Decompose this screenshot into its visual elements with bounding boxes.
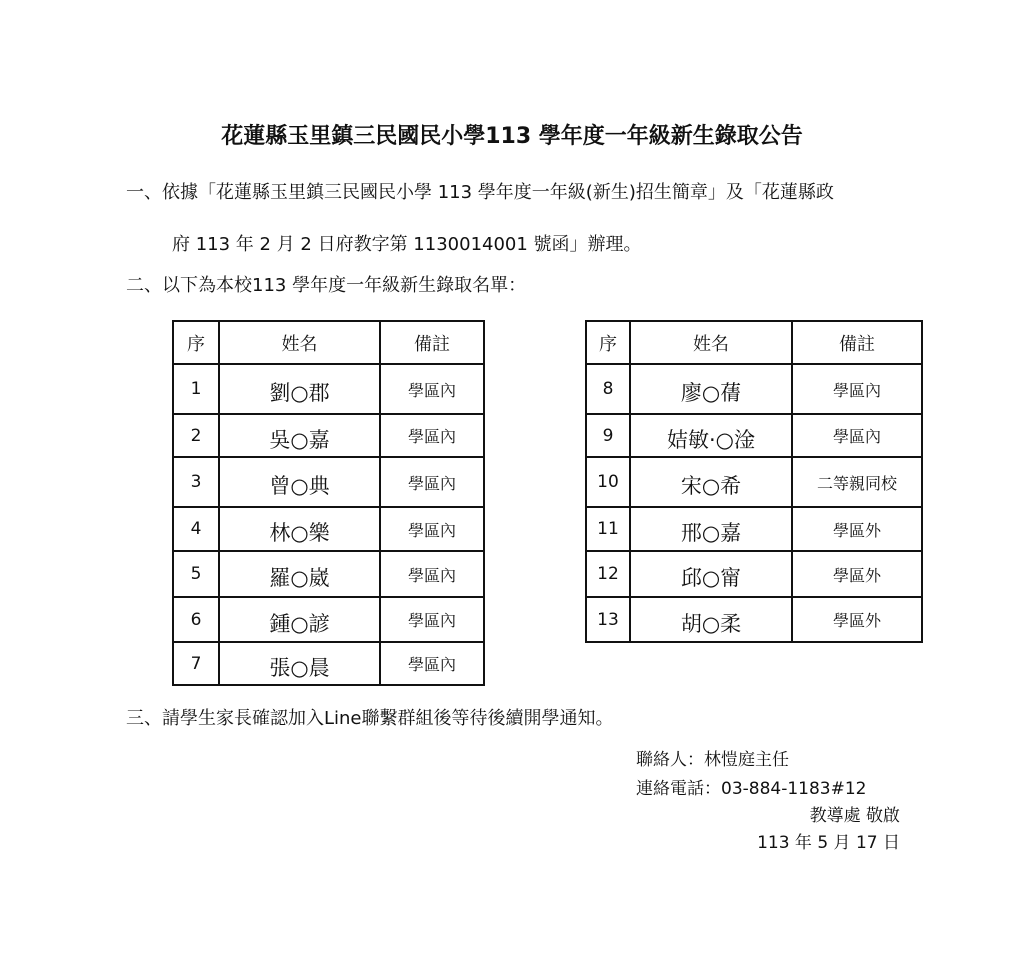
- cell-name: 廖○蒨: [630, 364, 792, 414]
- cell-name: 張○晨: [219, 642, 380, 685]
- cell-note: 學區內: [380, 642, 484, 685]
- cell-no: 2: [173, 414, 219, 457]
- header-no: 序: [586, 321, 630, 364]
- cell-note: 學區內: [380, 414, 484, 457]
- cell-no: 7: [173, 642, 219, 685]
- header-no: 序: [173, 321, 219, 364]
- header-note: 備註: [380, 321, 484, 364]
- announcement-page: 花蓮縣玉里鎮三民國民小學113 學年度一年級新生錄取公告 一、依據「花蓮縣玉里鎮…: [0, 0, 1024, 967]
- table-row: 6 鍾○諺 學區內: [173, 597, 484, 642]
- cell-name: 邢○嘉: [630, 507, 792, 551]
- cell-no: 11: [586, 507, 630, 551]
- cell-note: 學區內: [380, 507, 484, 551]
- cell-name: 鍾○諺: [219, 597, 380, 642]
- issue-date: 113 年 5 月 17 日: [757, 831, 900, 855]
- cell-note: 學區外: [792, 551, 922, 597]
- table-row: 4 林○樂 學區內: [173, 507, 484, 551]
- admission-table-left: 序 姓名 備註 1 劉○郡 學區內 2 吳○嘉 學區內 3 曾○典 學區內: [172, 320, 485, 686]
- cell-name: 羅○崴: [219, 551, 380, 597]
- table-row: 3 曾○典 學區內: [173, 457, 484, 507]
- table-row: 11 邢○嘉 學區外: [586, 507, 922, 551]
- cell-note: 學區內: [380, 597, 484, 642]
- table-row: 9 姞敏·○淦 學區內: [586, 414, 922, 457]
- cell-name: 曾○典: [219, 457, 380, 507]
- table-header-row: 序 姓名 備註: [173, 321, 484, 364]
- cell-note: 二等親同校: [792, 457, 922, 507]
- table-row: 1 劉○郡 學區內: [173, 364, 484, 414]
- paragraph-1-line-1: 一、依據「花蓮縣玉里鎮三民國民小學 113 學年度一年級(新生)招生簡章」及「花…: [126, 180, 834, 206]
- table-row: 13 胡○柔 學區外: [586, 597, 922, 642]
- cell-no: 1: [173, 364, 219, 414]
- cell-name: 邱○甯: [630, 551, 792, 597]
- cell-note: 學區內: [792, 364, 922, 414]
- admission-table-right: 序 姓名 備註 8 廖○蒨 學區內 9 姞敏·○淦 學區內 10 宋○希 二等親…: [585, 320, 923, 643]
- cell-name: 宋○希: [630, 457, 792, 507]
- cell-no: 13: [586, 597, 630, 642]
- table-row: 5 羅○崴 學區內: [173, 551, 484, 597]
- cell-no: 12: [586, 551, 630, 597]
- cell-no: 3: [173, 457, 219, 507]
- table-header-row: 序 姓名 備註: [586, 321, 922, 364]
- cell-no: 6: [173, 597, 219, 642]
- cell-note: 學區內: [792, 414, 922, 457]
- cell-note: 學區內: [380, 364, 484, 414]
- table-row: 12 邱○甯 學區外: [586, 551, 922, 597]
- header-name: 姓名: [630, 321, 792, 364]
- issuing-office: 教導處 敬啟: [810, 804, 900, 828]
- cell-name: 姞敏·○淦: [630, 414, 792, 457]
- header-name: 姓名: [219, 321, 380, 364]
- cell-name: 劉○郡: [219, 364, 380, 414]
- cell-name: 林○樂: [219, 507, 380, 551]
- contact-phone: 連絡電話：03-884-1183#12: [636, 777, 867, 801]
- paragraph-2: 二、以下為本校113 學年度一年級新生錄取名單：: [126, 273, 526, 299]
- cell-no: 4: [173, 507, 219, 551]
- cell-no: 5: [173, 551, 219, 597]
- cell-note: 學區外: [792, 597, 922, 642]
- table-row: 8 廖○蒨 學區內: [586, 364, 922, 414]
- table-row: 10 宋○希 二等親同校: [586, 457, 922, 507]
- table-row: 7 張○晨 學區內: [173, 642, 484, 685]
- cell-name: 胡○柔: [630, 597, 792, 642]
- cell-no: 8: [586, 364, 630, 414]
- paragraph-3: 三、請學生家長確認加入Line聯繫群組後等待後續開學通知。: [126, 706, 614, 732]
- contact-person: 聯絡人：林愷庭主任: [636, 748, 789, 772]
- cell-no: 10: [586, 457, 630, 507]
- document-title: 花蓮縣玉里鎮三民國民小學113 學年度一年級新生錄取公告: [0, 122, 1024, 152]
- header-note: 備註: [792, 321, 922, 364]
- table-row: 2 吳○嘉 學區內: [173, 414, 484, 457]
- cell-name: 吳○嘉: [219, 414, 380, 457]
- cell-note: 學區內: [380, 457, 484, 507]
- cell-no: 9: [586, 414, 630, 457]
- cell-note: 學區內: [380, 551, 484, 597]
- cell-note: 學區外: [792, 507, 922, 551]
- paragraph-1-line-2: 府 113 年 2 月 2 日府教字第 1130014001 號函」辦理。: [172, 232, 642, 258]
